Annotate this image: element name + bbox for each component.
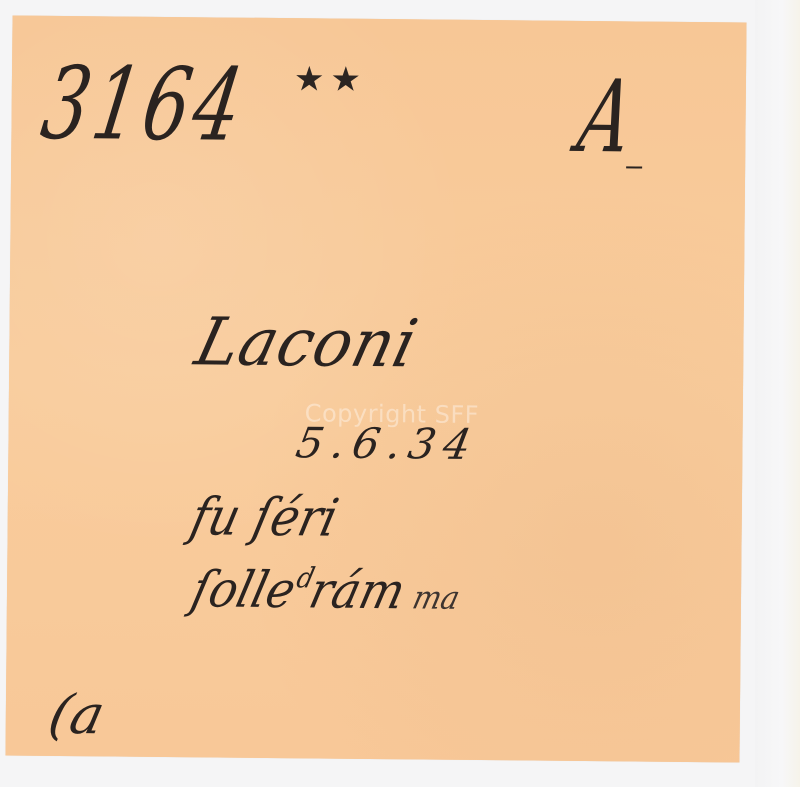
collection-date: 5.6.34 bbox=[293, 422, 482, 466]
collector-abbreviation: (a bbox=[44, 688, 109, 742]
catalog-number: 3164 bbox=[36, 54, 253, 156]
locality: Laconi bbox=[189, 309, 423, 377]
note-line-2: ſolledrámma bbox=[187, 563, 467, 616]
note-line-2-tail: ma bbox=[409, 578, 464, 616]
grade-letter: A bbox=[572, 67, 641, 167]
note-line-1: fu ſéri bbox=[186, 491, 343, 544]
star-marks-icon: ★★ bbox=[294, 62, 367, 97]
grade-underline bbox=[626, 166, 642, 168]
specimen-label-card: 3164 ★★ A Laconi Copyright SFF 5.6.34 fu… bbox=[5, 15, 746, 762]
background-strip bbox=[755, 0, 800, 787]
note-line-2-main: ſolle bbox=[186, 560, 301, 619]
note-line-2-rest: rám bbox=[304, 561, 411, 620]
